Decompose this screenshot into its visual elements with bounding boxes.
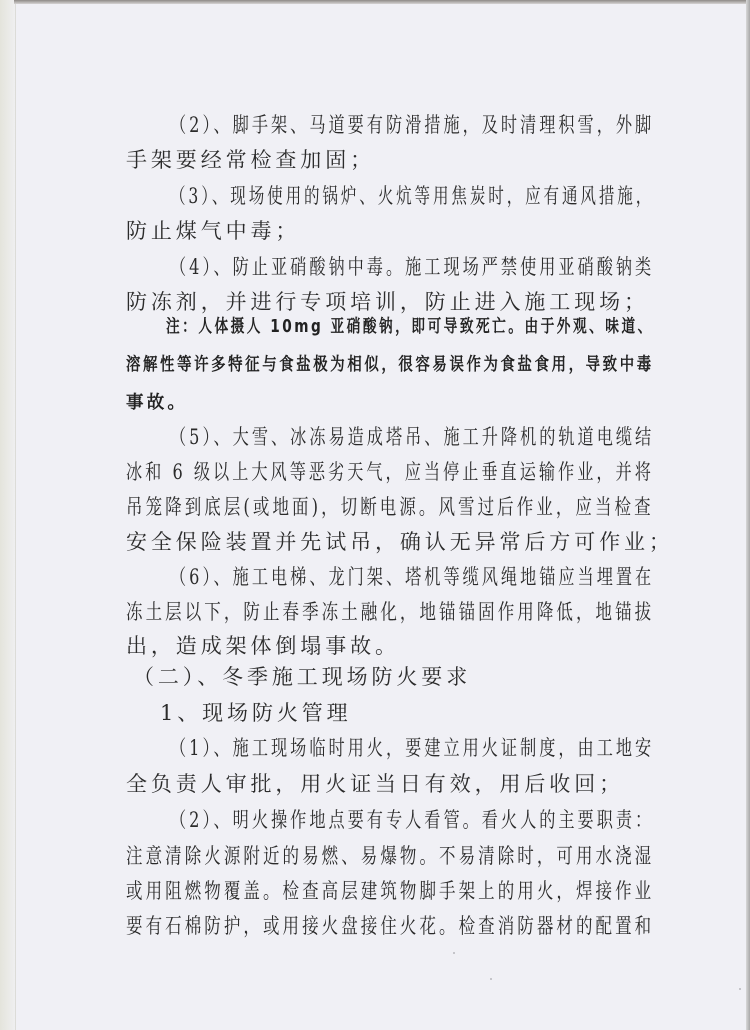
scan-right-edge — [746, 0, 750, 1030]
paragraph-6-line-1: （6）、施工电梯、龙门架、塔机等缆风绳地锚应当埋置在 — [170, 565, 654, 589]
fire-paragraph-1-line-1: （1）、施工现场临时用火，要建立用火证制度，由工地安 — [170, 736, 654, 760]
note-line-2: 溶解性等许多特征与食盐极为相似，很容易误作为食盐食用，导致中毒 — [126, 353, 654, 377]
fire-paragraph-1-line-2: 全负责人审批，用火证当日有效，用后收回； — [126, 772, 624, 796]
paragraph-4-line-2: 防冻剂，并进行专项培训，防止进入施工现场； — [126, 290, 649, 314]
note-line-3: 事故。 — [126, 391, 188, 415]
subsection-heading: 1、现场防火管理 — [160, 701, 352, 725]
paragraph-3-line-1: （3）、现场使用的锅炉、火炕等用焦炭时，应有通风措施， — [170, 184, 654, 208]
fire-paragraph-2-line-1: （2）、明火操作地点要有专人看管。看火人的主要职责： — [170, 808, 654, 832]
paragraph-5-line-1: （5）、大雪、冰冻易造成塔吊、施工升降机的轨道电缆结 — [170, 425, 654, 449]
fire-paragraph-2-line-4: 要有石棉防护，或用接火盘接住火花。检查消防器材的配置和 — [126, 914, 654, 938]
section-heading: （二）、冬季施工现场防火要求 — [133, 665, 471, 689]
paragraph-2-line-2: 手架要经常检查加固； — [126, 148, 375, 172]
fire-paragraph-2-line-2: 注意清除火源附近的易燃、易爆物。不易清除时，可用水浇湿 — [126, 844, 654, 868]
fire-paragraph-2-line-3: 或用阻燃物覆盖。检查高层建筑物脚手架上的用火，焊接作业 — [126, 879, 654, 903]
note-line-1: 注：人体摄人 10mg 亚硝酸钠，即可导致死亡。由于外观、味道、 — [166, 315, 654, 339]
paragraph-6-line-2: 冻土层以下，防止春季冻土融化，地锚锚固作用降低，地锚拔 — [126, 600, 654, 624]
paragraph-5-line-3: 吊笼降到底层(或地面)，切断电源。风雪过后作业，应当检查 — [126, 495, 654, 519]
paragraph-4-line-1: （4）、防止亚硝酸钠中毒。施工现场严禁使用亚硝酸钠类 — [170, 255, 654, 279]
paragraph-5-line-4: 安全保险装置并先试吊，确认无异常后方可作业； — [126, 530, 674, 554]
paragraph-2-line-1: （2）、脚手架、马道要有防滑措施，及时清理积雪，外脚 — [170, 113, 654, 137]
scanned-page: （2）、脚手架、马道要有防滑措施，及时清理积雪，外脚 手架要经常检查加固； （3… — [0, 0, 750, 1030]
paragraph-5-line-2: 冰和 6 级以上大风等恶劣天气，应当停止垂直运输作业，并将 — [126, 460, 654, 484]
paragraph-3-line-2: 防止煤气中毒； — [126, 219, 300, 243]
scan-speck — [453, 952, 455, 954]
paragraph-6-line-3: 出，造成架体倒塌事故。 — [126, 634, 400, 658]
scan-speck — [739, 988, 741, 990]
scan-left-edge — [0, 0, 16, 1030]
scan-speck — [490, 978, 492, 980]
